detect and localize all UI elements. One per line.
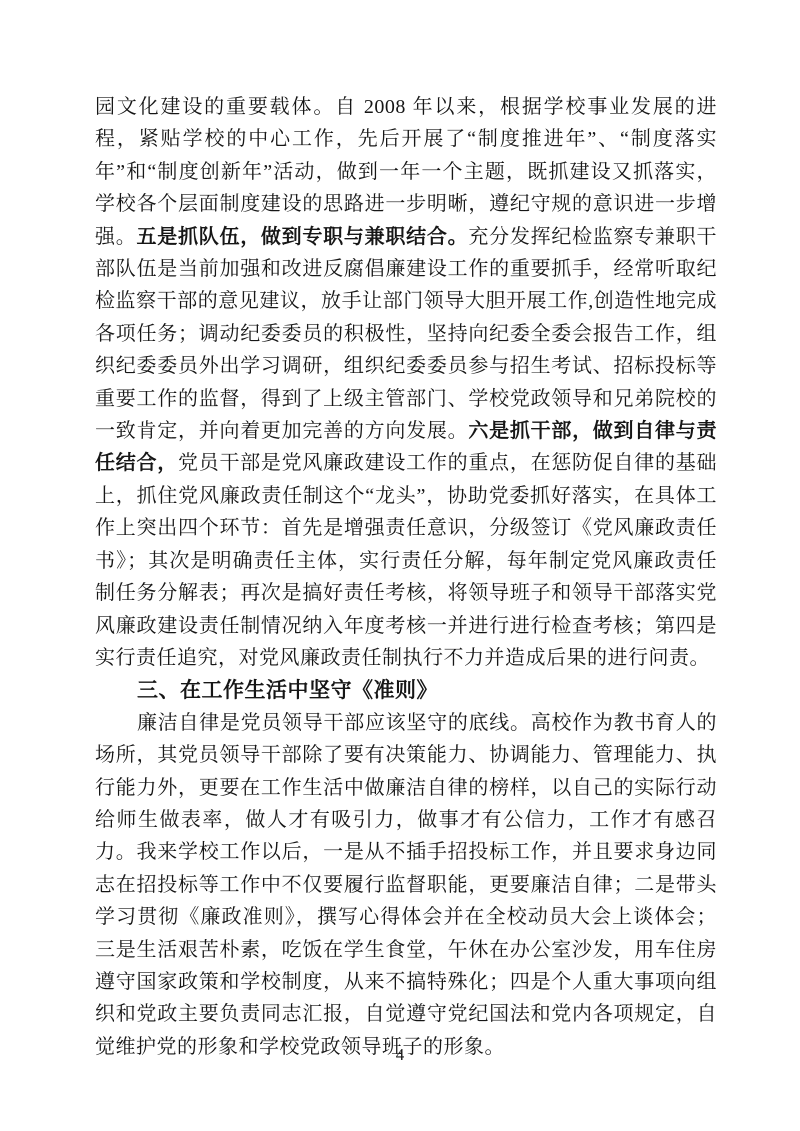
page-body: 园文化建设的重要载体。自 2008 年以来，根据学校事业发展的进程，紧贴学校的中… (95, 91, 717, 1063)
paragraph-integrity-self-discipline: 廉洁自律是党员领导干部应该坚守的底线。高校作为教书育人的场所，其党员领导干部除了… (95, 707, 717, 1063)
page-footer: 4 (0, 1045, 800, 1065)
page-number: 4 (396, 1045, 405, 1064)
bold-run-five-team-building: 五是抓队伍，做到专职与兼职结合。 (136, 226, 468, 248)
text-run: 党员干部是党风廉政建设工作的重点，在惩防促自律的基础上，抓住党风廉政责任制这个“… (95, 452, 717, 668)
text-run: 充分发挥纪检监察专兼职干部队伍是当前加强和改进反腐倡廉建设工作的重要抓手，经常听… (95, 226, 717, 442)
section-heading-three: 三、在工作生活中坚守《准则》 (95, 674, 717, 706)
paragraph-discipline-work: 园文化建设的重要载体。自 2008 年以来，根据学校事业发展的进程，紧贴学校的中… (95, 91, 717, 674)
document-page: 园文化建设的重要载体。自 2008 年以来，根据学校事业发展的进程，紧贴学校的中… (0, 0, 800, 1131)
